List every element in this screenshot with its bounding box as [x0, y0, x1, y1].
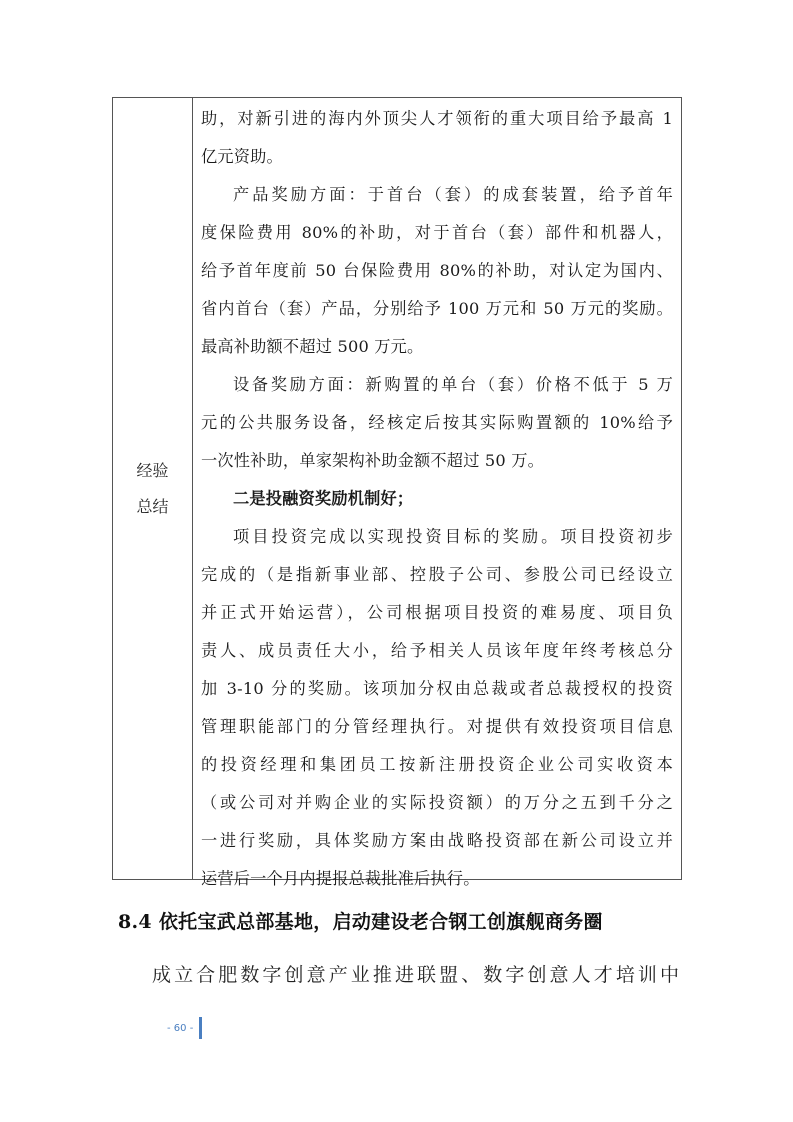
table-content-cell: 助，对新引进的海内外顶尖人才领衔的重大项目给予最高 1亿元资助。产品奖励方面：于…	[193, 98, 681, 879]
text-line: 运营后一个月内提报总裁批准后执行。	[201, 860, 673, 898]
text-line: 最高补助额不超过 500 万元。	[201, 328, 673, 366]
table-label-cell: 经验 总结	[113, 98, 193, 879]
text-line: 产品奖励方面：于首台（套）的成套装置，给予首年	[201, 176, 673, 214]
text-line: 助，对新引进的海内外顶尖人才领衔的重大项目给予最高 1	[201, 100, 673, 138]
text-line: 一进行奖励，具体奖励方案由战略投资部在新公司设立并	[201, 822, 673, 860]
text-line: 度保险费用 80%的补助，对于首台（套）部件和机器人，	[201, 214, 673, 252]
text-line: 一次性补助，单家架构补助金额不超过 50 万。	[201, 442, 673, 480]
page-footer: - 60 -	[167, 1017, 202, 1039]
text-line: 完成的（是指新事业部、控股子公司、参股公司已经设立	[201, 556, 673, 594]
page-number: - 60 -	[167, 1023, 193, 1034]
text-line: 管理职能部门的分管经理执行。对提供有效投资项目信息	[201, 708, 673, 746]
subheading-line: 二是投融资奖励机制好；	[201, 480, 673, 518]
text-line: 责人、成员责任大小，给予相关人员该年度年终考核总分	[201, 632, 673, 670]
label-line: 经验	[136, 453, 168, 489]
body-paragraph: 成立合肥数字创意产业推进联盟、数字创意人才培训中	[152, 960, 680, 987]
label-line: 总结	[136, 489, 168, 525]
page-accent-bar	[199, 1017, 202, 1039]
text-line: 设备奖励方面：新购置的单台（套）价格不低于 5 万	[201, 366, 673, 404]
text-line: 并正式开始运营），公司根据项目投资的难易度、项目负	[201, 594, 673, 632]
text-line: 亿元资助。	[201, 138, 673, 176]
text-line: 的投资经理和集团员工按新注册投资企业公司实收资本	[201, 746, 673, 784]
table-label: 经验 总结	[136, 453, 168, 525]
section-heading: 8.4 依托宝武总部基地，启动建设老合钢工创旗舰商务圈	[118, 907, 603, 934]
text-line: 省内首台（套）产品，分别给予 100 万元和 50 万元的奖励。	[201, 290, 673, 328]
text-line: 元的公共服务设备，经核定后按其实际购置额的 10%给予	[201, 404, 673, 442]
text-line: 给予首年度前 50 台保险费用 80%的补助，对认定为国内、	[201, 252, 673, 290]
text-line: 加 3-10 分的奖励。该项加分权由总裁或者总裁授权的投资	[201, 670, 673, 708]
text-line: （或公司对并购企业的实际投资额）的万分之五到千分之	[201, 784, 673, 822]
text-line: 项目投资完成以实现投资目标的奖励。项目投资初步	[201, 518, 673, 556]
experience-summary-table: 经验 总结 助，对新引进的海内外顶尖人才领衔的重大项目给予最高 1亿元资助。产品…	[112, 97, 682, 880]
